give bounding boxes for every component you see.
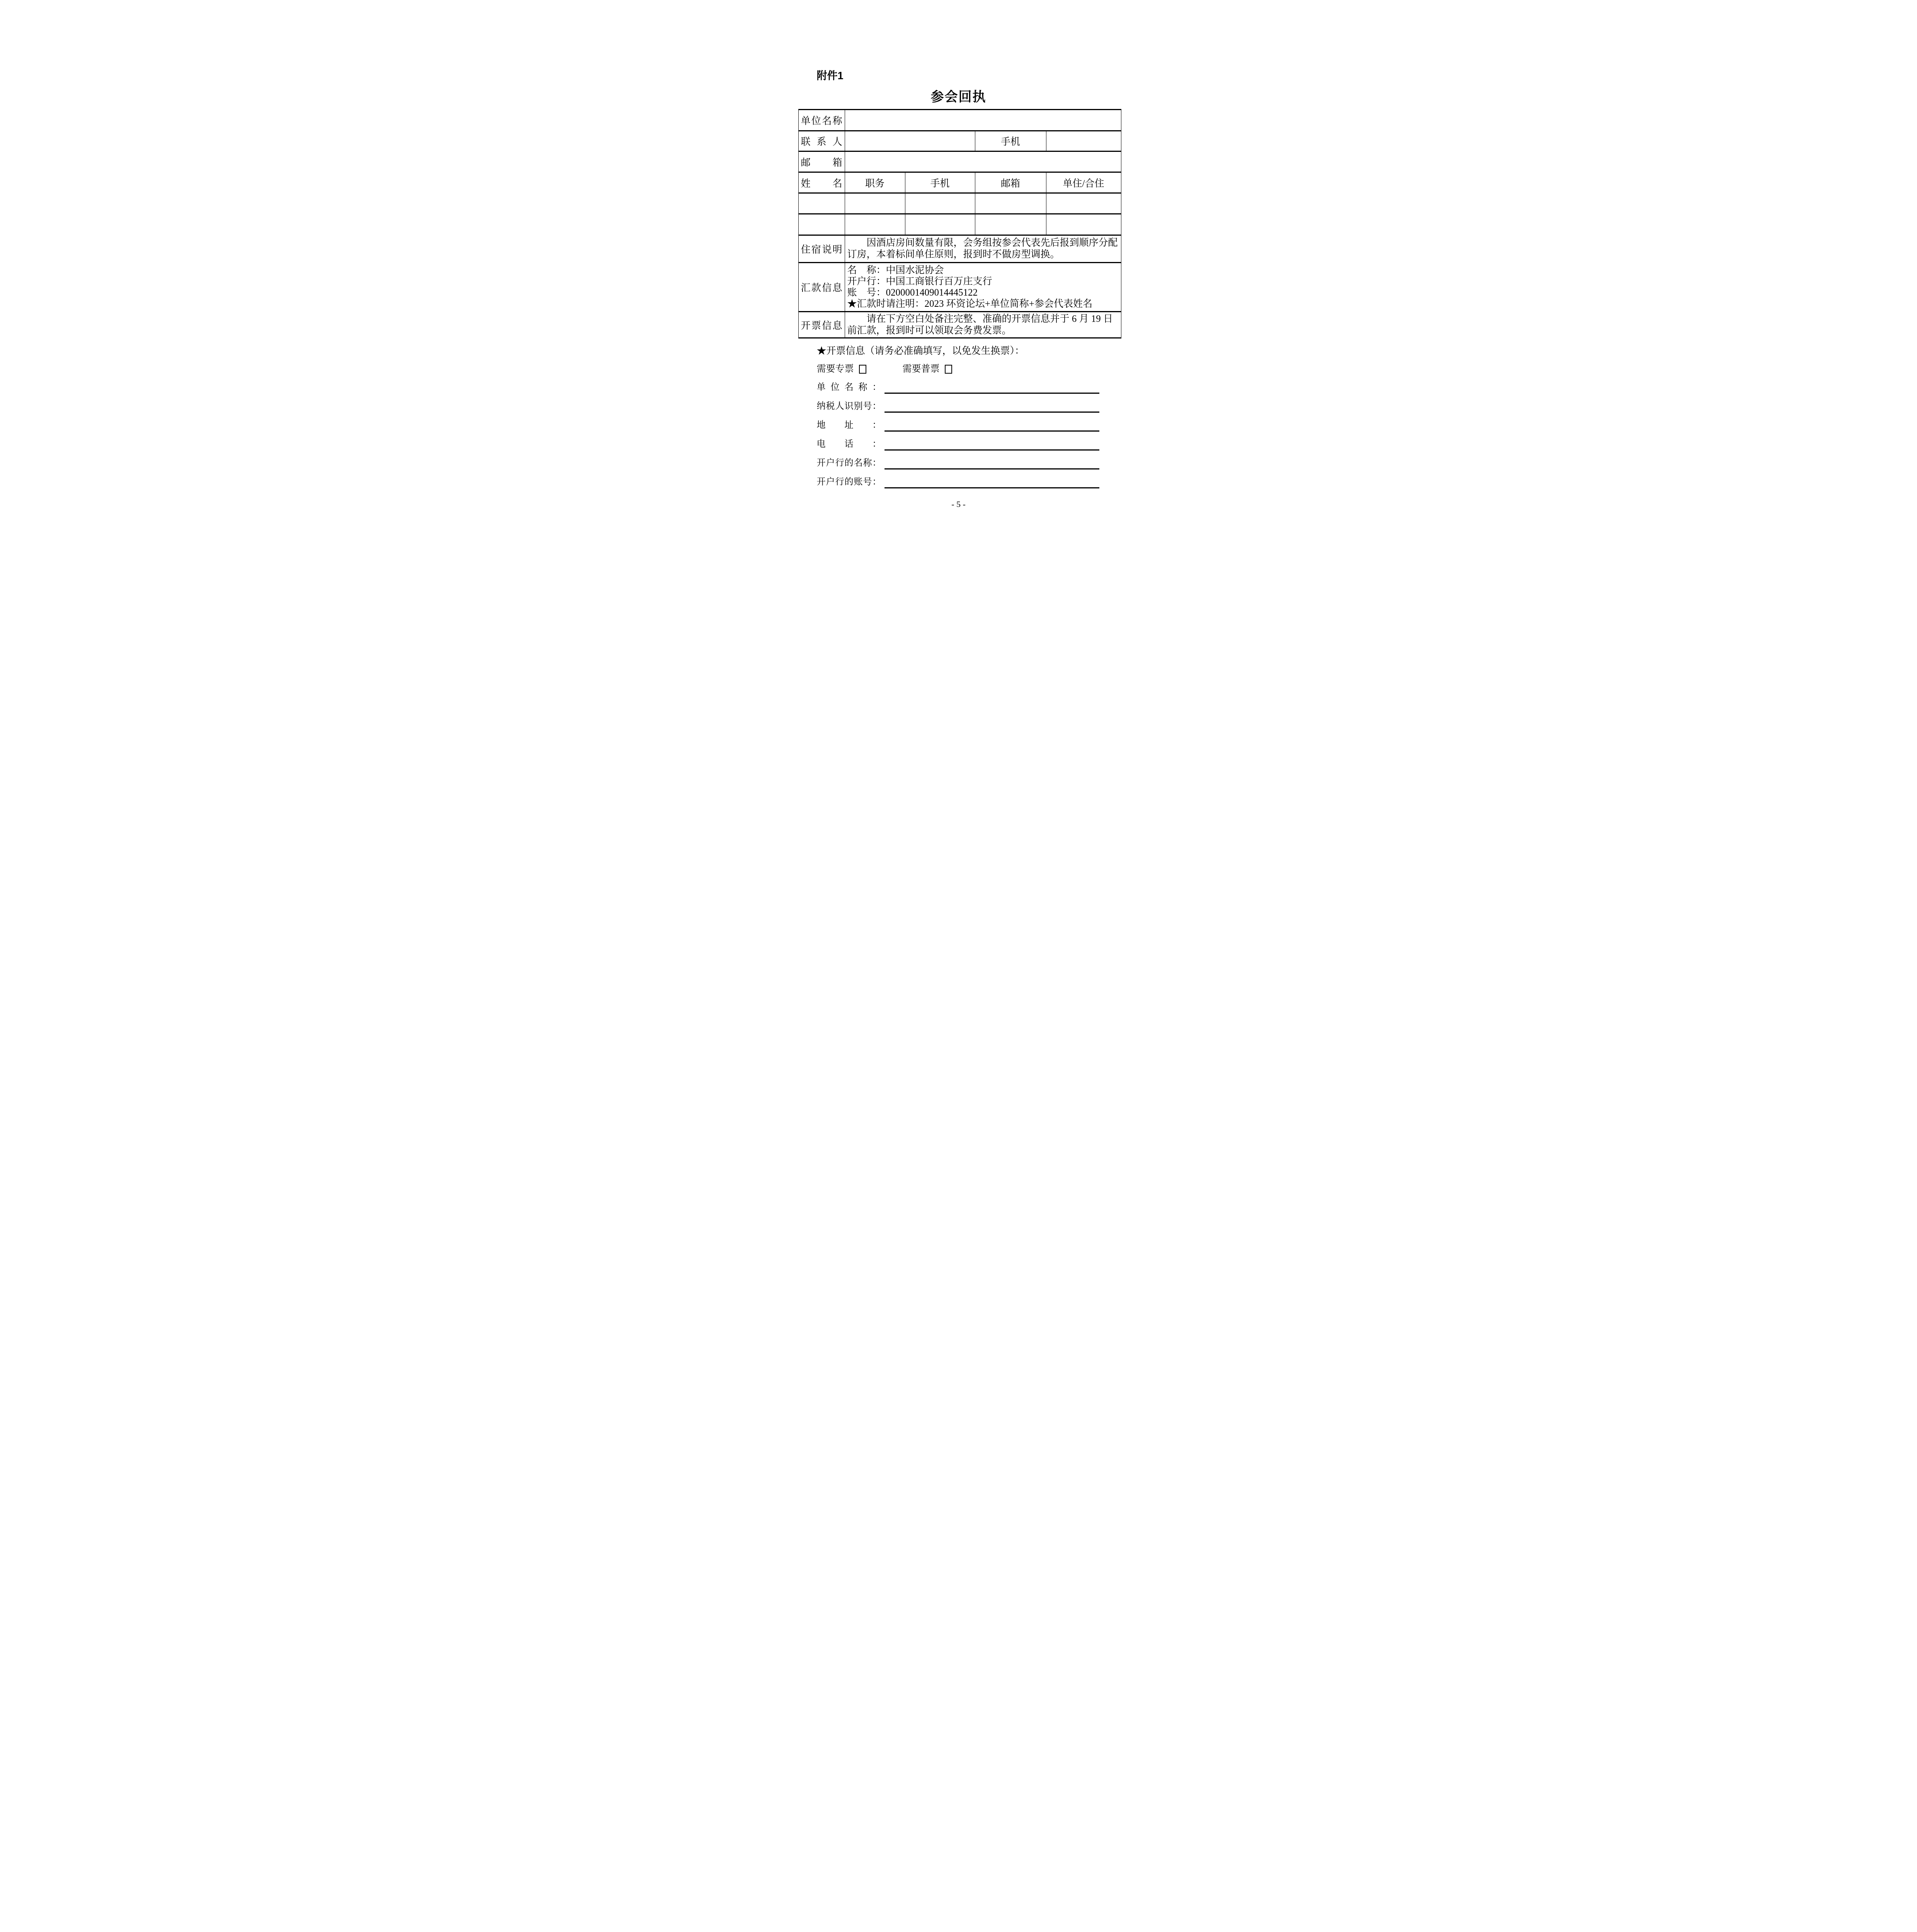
field-row-bank-name: 开户行的名称：: [817, 451, 1099, 469]
remittance-account-name: 名 称：中国水泥协会: [847, 265, 1119, 276]
table-row: 开票信息 请在下方空白处备注完整、准确的开票信息并于 6 月 19 日前汇款，报…: [798, 312, 1121, 338]
contact-mobile-input-cell[interactable]: [1046, 131, 1121, 151]
taxpayer-id-field-label: 纳税人识别号：: [817, 400, 881, 413]
field-row-phone: 电话：: [817, 432, 1099, 451]
unit-name-label-cell: 单位名称: [798, 110, 845, 131]
remittance-note: ★汇款时请注明：2023 环资论坛+单位简称+参会代表姓名: [847, 298, 1119, 310]
attendee-position-cell[interactable]: [845, 193, 905, 214]
contact-label-cell: 联系人: [798, 131, 845, 151]
unit-name-field-label: 单位名称：: [817, 381, 881, 394]
table-row: 邮箱: [798, 151, 1121, 172]
taxpayer-id-field-line[interactable]: [885, 398, 1099, 413]
address-field-line[interactable]: [885, 417, 1099, 432]
attendee-email-cell[interactable]: [975, 193, 1046, 214]
table-row: 单位名称: [798, 110, 1121, 131]
header-email-cell: 邮箱: [975, 172, 1046, 193]
contact-input-cell[interactable]: [845, 131, 975, 151]
invoice-label-cell: 开票信息: [798, 312, 845, 338]
invoice-text-cell: 请在下方空白处备注完整、准确的开票信息并于 6 月 19 日前汇款，报到时可以领…: [845, 312, 1121, 338]
table-row: 联系人 手机: [798, 131, 1121, 151]
special-invoice-checkbox[interactable]: [859, 365, 866, 374]
attendee-mobile-cell[interactable]: [905, 193, 975, 214]
field-row-taxpayer-id: 纳税人识别号：: [817, 394, 1099, 413]
table-header-row: 姓名 职务 手机 邮箱 单住/合住: [798, 172, 1121, 193]
header-mobile-cell: 手机: [905, 172, 975, 193]
field-row-address: 地址：: [817, 413, 1099, 432]
address-field-label: 地址：: [817, 418, 881, 432]
header-name-cell: 姓名: [798, 172, 845, 193]
attendee-row: [798, 214, 1121, 235]
phone-field-line[interactable]: [885, 435, 1099, 451]
general-invoice-checkbox[interactable]: [945, 365, 952, 374]
bank-account-field-line[interactable]: [885, 473, 1099, 488]
attendee-name-cell[interactable]: [798, 193, 845, 214]
contact-mobile-label-cell: 手机: [975, 131, 1046, 151]
attendee-row: [798, 193, 1121, 214]
reply-form-table: 单位名称 联系人 手机 邮箱 姓名 职务 手机 邮箱 单住/合住: [798, 109, 1121, 338]
page-number: - 5 -: [765, 498, 1152, 510]
invoice-type-row: 需要专票 需要普票: [817, 363, 1152, 375]
bank-name-field-label: 开户行的名称：: [817, 456, 881, 469]
field-row-bank-account: 开户行的账号：: [817, 469, 1099, 488]
special-invoice-label: 需要专票: [817, 363, 854, 375]
attendee-email-cell[interactable]: [975, 214, 1046, 235]
page-title: 参会回执: [798, 88, 1119, 106]
attachment-label: 附件1: [817, 69, 1152, 83]
attendee-name-cell[interactable]: [798, 214, 845, 235]
email-label-cell: 邮箱: [798, 151, 845, 172]
unit-name-input-cell[interactable]: [845, 110, 1121, 131]
accommodation-text-cell: 因酒店房间数量有限，会务组按参会代表先后报到顺序分配订房，本着标间单住原则，报到…: [845, 235, 1121, 263]
header-room-cell: 单住/合住: [1046, 172, 1121, 193]
attendee-room-cell[interactable]: [1046, 214, 1121, 235]
table-row: 住宿说明 因酒店房间数量有限，会务组按参会代表先后报到顺序分配订房，本着标间单住…: [798, 235, 1121, 263]
table-row: 汇款信息 名 称：中国水泥协会 开户行：中国工商银行百万庄支行 账 号：0200…: [798, 263, 1121, 312]
phone-field-label: 电话：: [817, 437, 881, 451]
invoice-text: 请在下方空白处备注完整、准确的开票信息并于 6 月 19 日前汇款，报到时可以领…: [847, 313, 1119, 337]
accommodation-label-cell: 住宿说明: [798, 235, 845, 263]
bank-account-field-label: 开户行的账号：: [817, 475, 881, 488]
unit-name-field-line[interactable]: [885, 379, 1099, 394]
remittance-text-cell: 名 称：中国水泥协会 开户行：中国工商银行百万庄支行 账 号：020000140…: [845, 263, 1121, 312]
general-invoice-label: 需要普票: [903, 363, 940, 375]
attendee-mobile-cell[interactable]: [905, 214, 975, 235]
field-row-unit-name: 单位名称：: [817, 375, 1099, 394]
remittance-bank: 开户行：中国工商银行百万庄支行: [847, 276, 1119, 287]
invoice-fields: 单位名称： 纳税人识别号： 地址： 电话： 开户行的名称： 开户行的账号：: [817, 375, 1099, 488]
remittance-account-number: 账 号：0200001409014445122: [847, 287, 1119, 298]
header-position-cell: 职务: [845, 172, 905, 193]
accommodation-text: 因酒店房间数量有限，会务组按参会代表先后报到顺序分配订房，本着标间单住原则，报到…: [847, 237, 1119, 260]
remittance-label-cell: 汇款信息: [798, 263, 845, 312]
invoice-section-heading: ★开票信息（请务必准确填写，以免发生换票）：: [817, 345, 1152, 357]
email-input-cell[interactable]: [845, 151, 1121, 172]
attendee-room-cell[interactable]: [1046, 193, 1121, 214]
document-page: 附件1 参会回执 单位名称 联系人 手机 邮箱 姓名 职务 手机 邮箱 单住/合…: [765, 0, 1152, 546]
bank-name-field-line[interactable]: [885, 454, 1099, 469]
attendee-position-cell[interactable]: [845, 214, 905, 235]
